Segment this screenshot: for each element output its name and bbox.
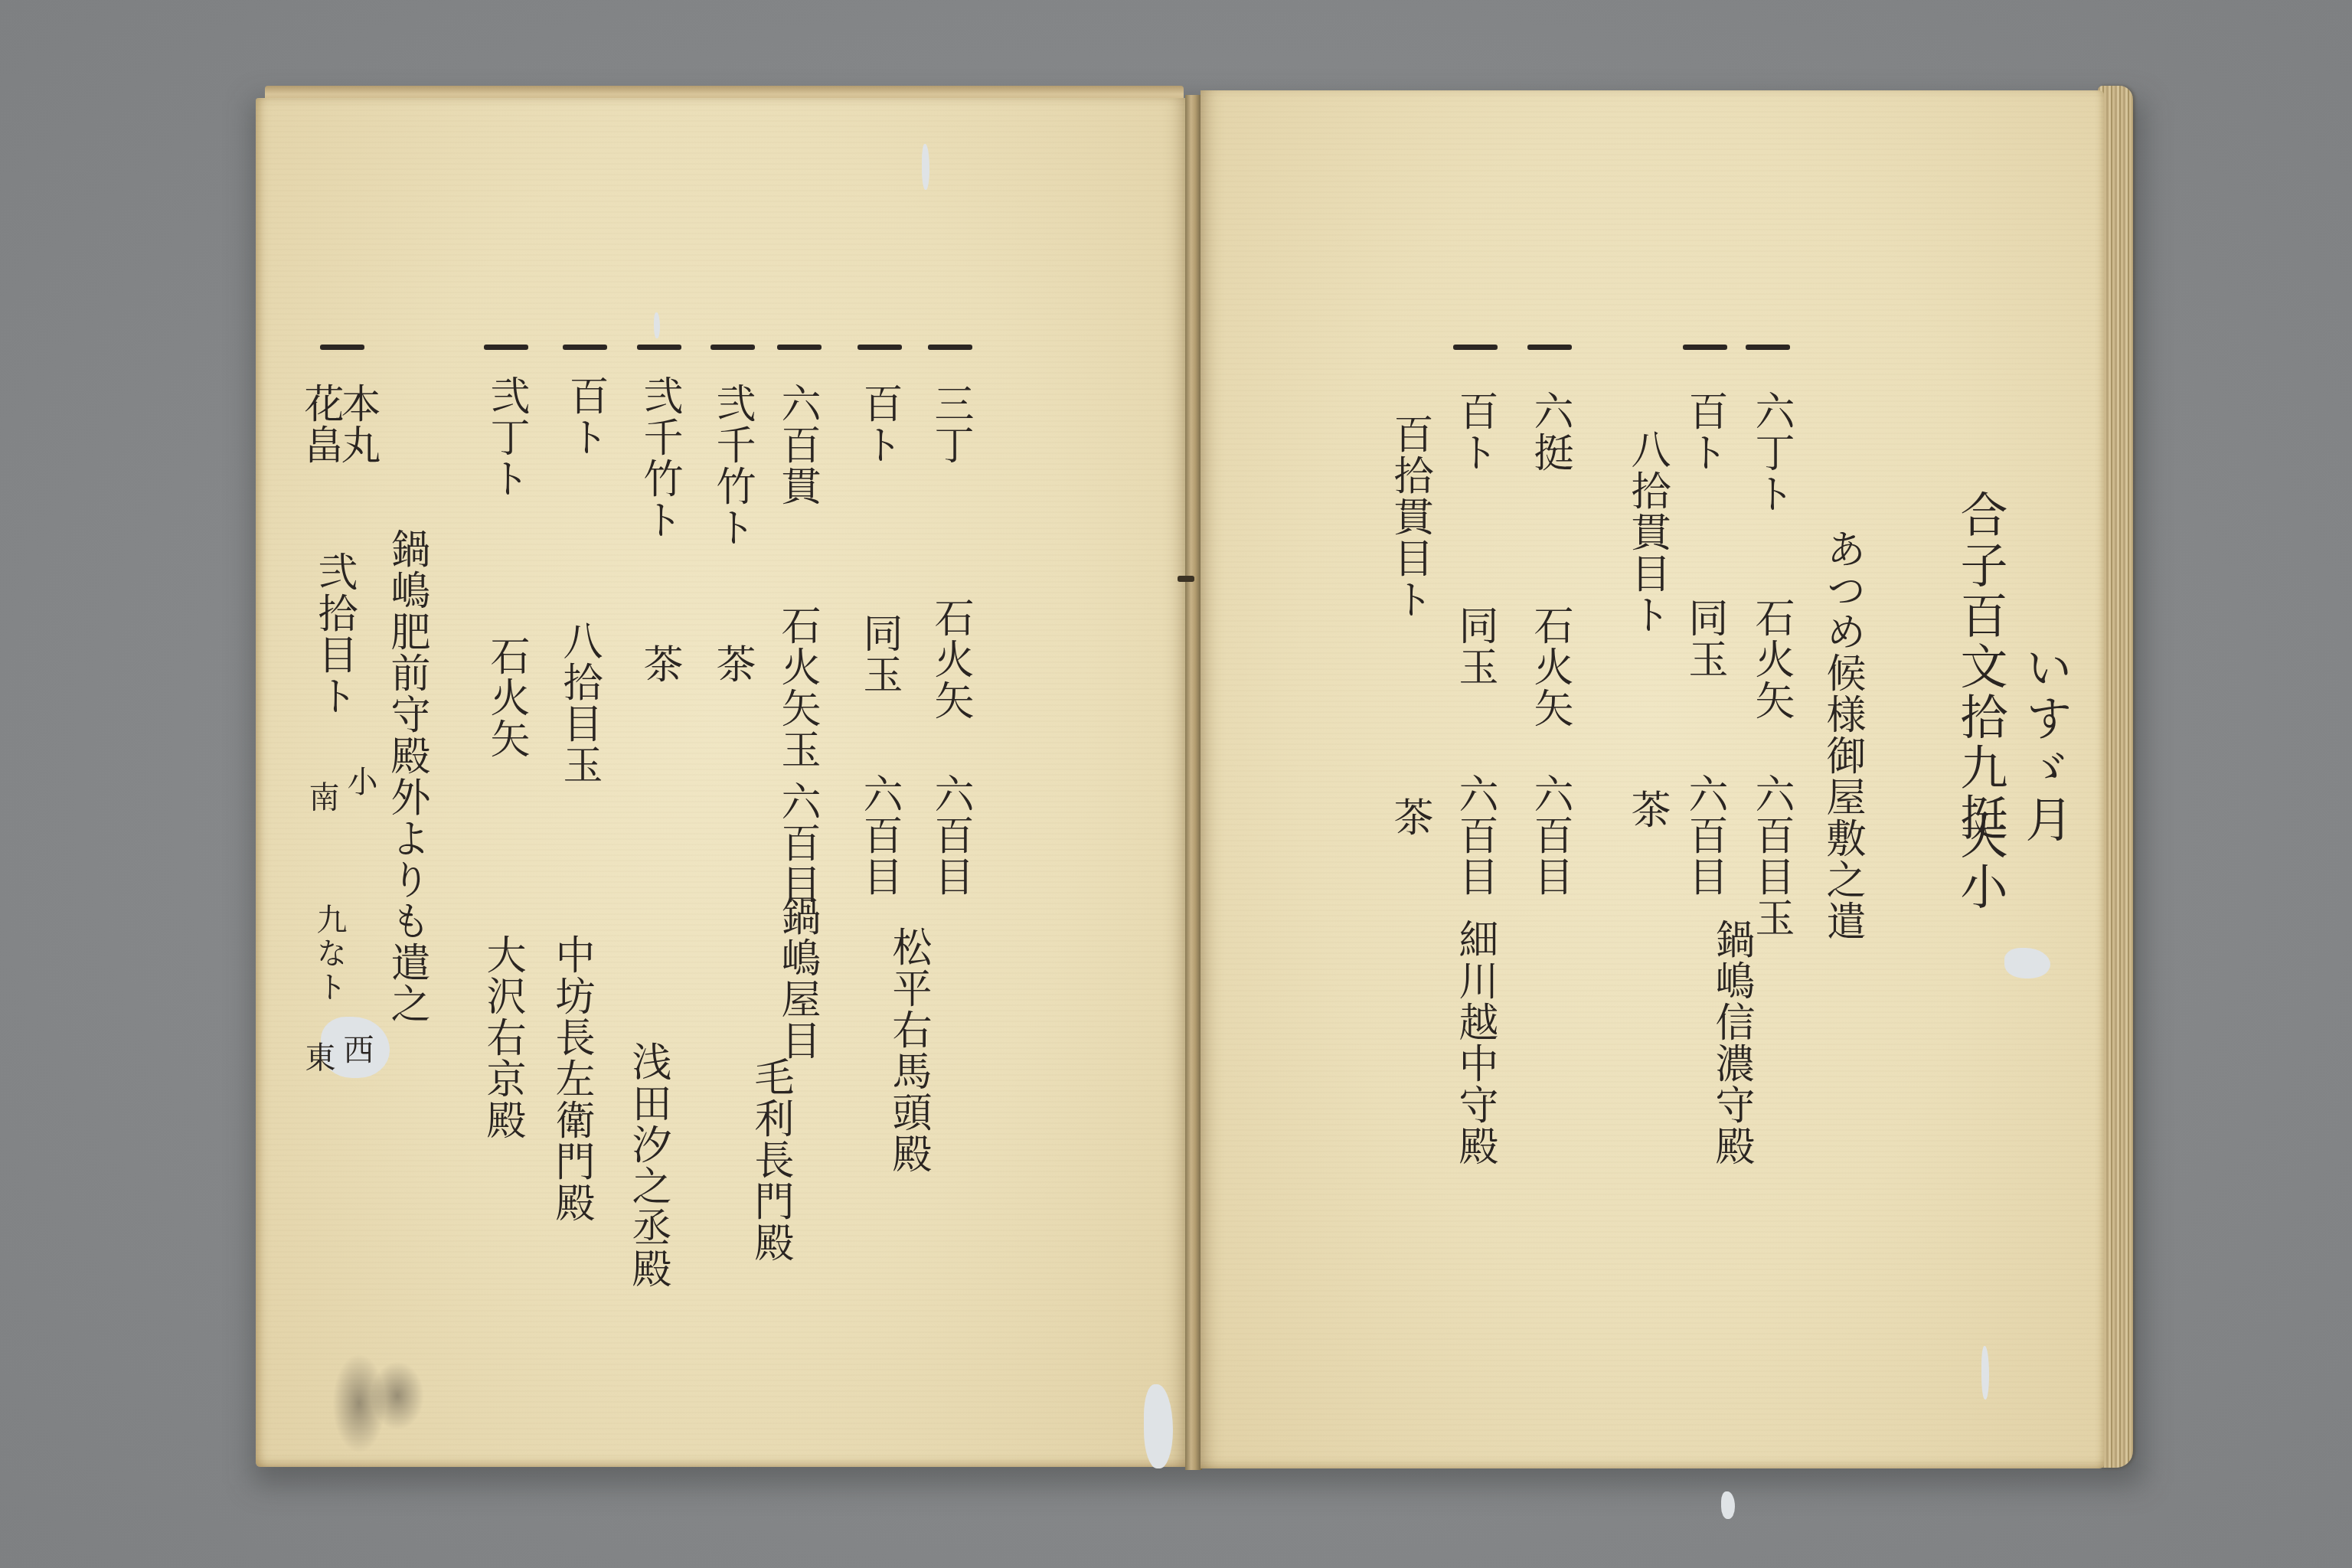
entry-item: 弐千竹ト bbox=[639, 375, 679, 541]
gutter bbox=[1185, 95, 1202, 1470]
entry-note: 九なト bbox=[314, 903, 345, 1004]
title-date: いすゞ月 bbox=[2021, 643, 2069, 845]
entry-extra: 茶 bbox=[1390, 796, 1429, 838]
entry-recipient: 中坊長左衛門殿 bbox=[551, 934, 591, 1223]
entry-maker: 八拾目玉 bbox=[559, 620, 599, 786]
entry-note: 西 bbox=[341, 1034, 371, 1067]
entry-sub: 八拾貫目ト bbox=[1627, 429, 1667, 635]
entry-sub: 弐拾目ト bbox=[314, 551, 354, 717]
entry-recipient: 松平右馬頭殿 bbox=[888, 926, 928, 1174]
entry-item: 三丁 bbox=[930, 383, 970, 465]
entry-item: 弐丁ト bbox=[486, 375, 526, 499]
entry-maker: 同玉 bbox=[1455, 605, 1494, 688]
ink-smudge bbox=[371, 1361, 424, 1430]
paper-damage bbox=[1144, 1384, 1173, 1468]
entry-maker: 同玉 bbox=[859, 612, 899, 695]
entry-marker bbox=[928, 345, 972, 350]
entry-marker bbox=[1453, 345, 1498, 350]
entry-recipient: 鍋嶋信濃守殿 bbox=[1711, 919, 1751, 1167]
entry-value: 六百目玉 bbox=[1751, 773, 1791, 939]
entry-recipient: 毛利長門殿 bbox=[750, 1057, 790, 1263]
paper-damage bbox=[2004, 948, 2050, 978]
entry-item: 百ト bbox=[1684, 390, 1724, 473]
entry-recipient: 大沢右京殿 bbox=[482, 934, 522, 1141]
entry-item: 百拾貫目ト bbox=[1390, 413, 1429, 620]
entry-marker bbox=[777, 345, 822, 350]
entry-item: 百ト bbox=[859, 383, 899, 465]
entry-item-left: 花畠 bbox=[300, 383, 340, 465]
entry-note: 南 bbox=[306, 781, 337, 815]
entry-maker: 石火矢 bbox=[930, 597, 970, 721]
title-size: 大小 bbox=[1956, 812, 2004, 913]
entry-value: 六百目 bbox=[930, 773, 970, 897]
manuscript-spread: 合子百文拾九挺 いすゞ月 大小 六丁ト 石火矢 六百目玉 あつめ候様御屋敷之遣 … bbox=[0, 0, 2352, 1568]
entry-marker bbox=[857, 345, 902, 350]
entry-item: 百ト bbox=[1455, 390, 1494, 473]
paper-damage bbox=[1721, 1491, 1735, 1519]
entry-marker bbox=[1746, 345, 1790, 350]
entry-recipient: 細川越中守殿 bbox=[1455, 919, 1494, 1167]
title-line: 合子百文拾九挺 bbox=[1956, 490, 2004, 844]
entry-recipient: 浅田汐之丞殿 bbox=[628, 1041, 668, 1289]
entry-value: 六百目 bbox=[1455, 773, 1494, 897]
entry-item: 六丁ト bbox=[1751, 390, 1791, 514]
entry-extra: 茶 bbox=[639, 643, 679, 684]
entry-value: 六百目 bbox=[859, 773, 899, 897]
entry-marker bbox=[710, 345, 755, 350]
entry-marker bbox=[1683, 345, 1727, 350]
entry-maker: 石火矢 bbox=[486, 635, 526, 759]
entry-recipient: 鍋嶋肥前守殿外よりも遣之 bbox=[387, 528, 426, 1024]
entry-value: 六百目 bbox=[1684, 773, 1724, 897]
entry-item: 百ト bbox=[565, 375, 605, 458]
entry-note: 東 bbox=[302, 1041, 333, 1075]
entry-marker bbox=[637, 345, 681, 350]
entry-item: 六百貫 bbox=[777, 383, 817, 507]
entry-maker: 同玉 bbox=[1684, 597, 1724, 680]
entry-marker bbox=[563, 345, 607, 350]
entry-item: 六挺 bbox=[1530, 390, 1570, 473]
entry-maker: 石火矢 bbox=[1751, 597, 1791, 721]
entry-extra: 茶 bbox=[1627, 789, 1667, 830]
entry-maker: 石火矢 bbox=[1530, 605, 1570, 729]
entry-marker bbox=[484, 345, 528, 350]
entry-marker bbox=[320, 345, 364, 350]
binding-thread bbox=[1178, 576, 1194, 582]
entry-recipient: あつめ候様御屋敷之遣 bbox=[1822, 528, 1862, 942]
entry-value: 六百目 bbox=[777, 781, 817, 905]
entry-marker bbox=[1527, 345, 1572, 350]
entry-item: 弐千竹ト bbox=[712, 383, 752, 548]
paper-damage bbox=[1981, 1346, 1989, 1400]
entry-maker: 石火矢玉 bbox=[777, 605, 817, 770]
paper-damage bbox=[922, 144, 929, 190]
entry-note: 鍋嶋屋目 bbox=[777, 896, 817, 1061]
entry-value: 六百目 bbox=[1530, 773, 1570, 897]
entry-extra: 茶 bbox=[712, 643, 752, 684]
entry-note: 小 bbox=[345, 766, 375, 799]
paper-damage bbox=[654, 312, 660, 338]
